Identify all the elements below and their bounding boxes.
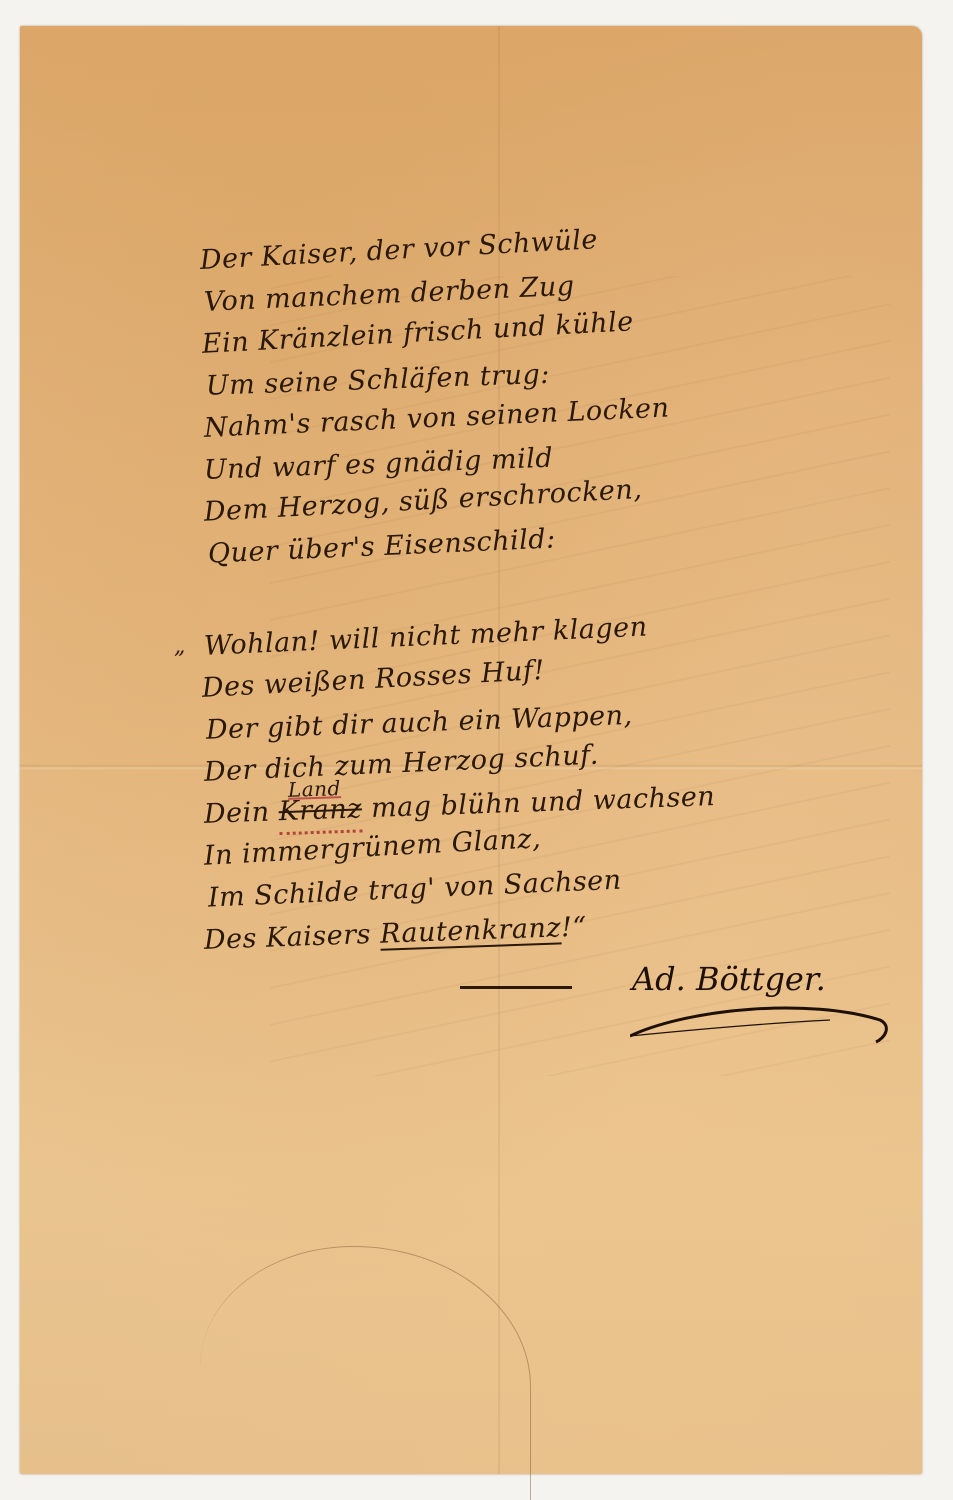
- signature-block: Ad. Böttger.: [460, 960, 900, 1060]
- closing-quote: !“: [561, 912, 588, 944]
- correction: Land Kranz: [278, 788, 363, 833]
- line-prefix: Dein: [203, 797, 270, 830]
- underlined-word: Rautenkranz: [380, 912, 562, 949]
- stanza-2: „ Wohlan! will nicht mehr klagen Des wei…: [200, 626, 760, 962]
- poem-text: Der Kaiser, der vor Schwüle Von manchem …: [200, 240, 760, 962]
- paper-tear: [200, 1246, 531, 1500]
- line-prefix: Des Kaisers: [203, 919, 371, 956]
- stanza-1: Der Kaiser, der vor Schwüle Von manchem …: [200, 240, 760, 576]
- struck-word: Kranz: [278, 793, 362, 827]
- signature-flourish-icon: [630, 998, 890, 1048]
- signature-name: Ad. Böttger.: [632, 960, 826, 998]
- signature-dash: [460, 986, 572, 989]
- opening-quote: „: [174, 626, 186, 668]
